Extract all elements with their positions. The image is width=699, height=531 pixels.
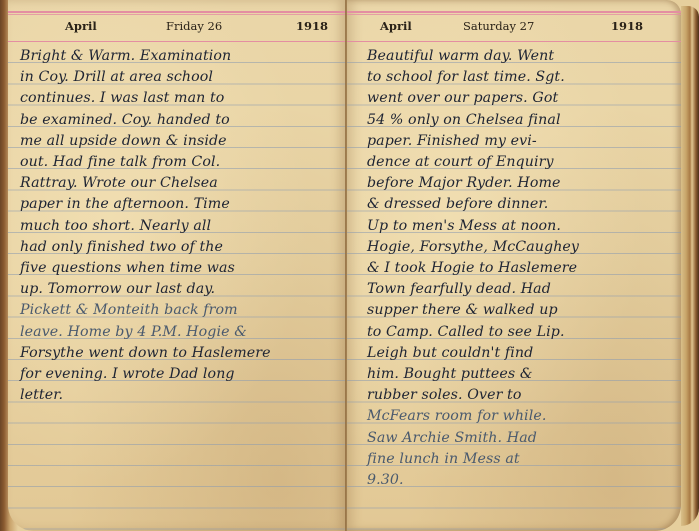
page-header: April Friday 26 1918	[8, 19, 346, 37]
entry-line: dence at court of Enquiry	[367, 152, 667, 173]
entry-line: Saw Archie Smith. Had	[367, 428, 667, 449]
entry-line: rubber soles. Over to	[367, 385, 667, 406]
entry-line: Pickett & Monteith back from	[20, 300, 340, 321]
entry-line: up. Tomorrow our last day.	[20, 279, 340, 300]
entry-line: Town fearfully dead. Had	[367, 279, 667, 300]
diary-entry: Bright & Warm. Examination in Coy. Drill…	[20, 46, 340, 406]
header-year: 1918	[296, 19, 328, 33]
entry-line: five questions when time was	[20, 258, 340, 279]
header-month: April	[380, 19, 412, 33]
entry-line: out. Had fine talk from Col.	[20, 152, 340, 173]
entry-line: me all upside down & inside	[20, 131, 340, 152]
entry-line: in Coy. Drill at area school	[20, 67, 340, 88]
header-day: Friday 26	[166, 19, 222, 33]
entry-line: Rattray. Wrote our Chelsea	[20, 173, 340, 194]
entry-line: Up to men's Mess at noon.	[367, 216, 667, 237]
entry-line: Beautiful warm day. Went	[367, 46, 667, 67]
entry-line: went over our papers. Got	[367, 88, 667, 109]
header-year: 1918	[611, 19, 643, 33]
entry-line: Hogie, Forsythe, McCaughey	[367, 237, 667, 258]
entry-line: for evening. I wrote Dad long	[20, 364, 340, 385]
entry-line: & dressed before dinner.	[367, 194, 667, 215]
entry-line: Leigh but couldn't find	[367, 343, 667, 364]
entry-line: to Camp. Called to see Lip.	[367, 322, 667, 343]
entry-line: had only finished two of the	[20, 237, 340, 258]
header-rule	[347, 14, 681, 15]
entry-line: him. Bought puttees &	[367, 364, 667, 385]
entry-line: continues. I was last man to	[20, 88, 340, 109]
entry-line: leave. Home by 4 P.M. Hogie &	[20, 322, 340, 343]
entry-line: letter.	[20, 385, 340, 406]
header-rule	[8, 11, 346, 13]
entry-line: much too short. Nearly all	[20, 216, 340, 237]
entry-line: be examined. Coy. handed to	[20, 110, 340, 131]
entry-line: paper in the afternoon. Time	[20, 194, 340, 215]
entry-line: 9.30.	[367, 470, 667, 491]
entry-line: before Major Ryder. Home	[367, 173, 667, 194]
entry-line: Bright & Warm. Examination	[20, 46, 340, 67]
entry-line: to school for last time. Sgt.	[367, 67, 667, 88]
page-header: April Saturday 27 1918	[347, 19, 681, 37]
header-rule	[347, 11, 681, 13]
entry-line: Forsythe went down to Haslemere	[20, 343, 340, 364]
entry-line: paper. Finished my evi-	[367, 131, 667, 152]
entry-line: & I took Hogie to Haslemere	[367, 258, 667, 279]
entry-line: McFears room for while.	[367, 406, 667, 427]
entry-line: fine lunch in Mess at	[367, 449, 667, 470]
left-page: April Friday 26 1918 Bright & Warm. Exam…	[8, 0, 346, 531]
diary-spread: April Friday 26 1918 Bright & Warm. Exam…	[0, 0, 699, 531]
header-month: April	[65, 19, 97, 33]
book-page-edges	[681, 6, 699, 526]
entry-line: supper there & walked up	[367, 300, 667, 321]
header-day: Saturday 27	[463, 19, 534, 33]
right-page: April Saturday 27 1918 Beautiful warm da…	[347, 0, 681, 531]
header-rule	[8, 14, 346, 15]
diary-entry: Beautiful warm day. Went to school for l…	[367, 46, 667, 491]
entry-line: 54 % only on Chelsea final	[367, 110, 667, 131]
